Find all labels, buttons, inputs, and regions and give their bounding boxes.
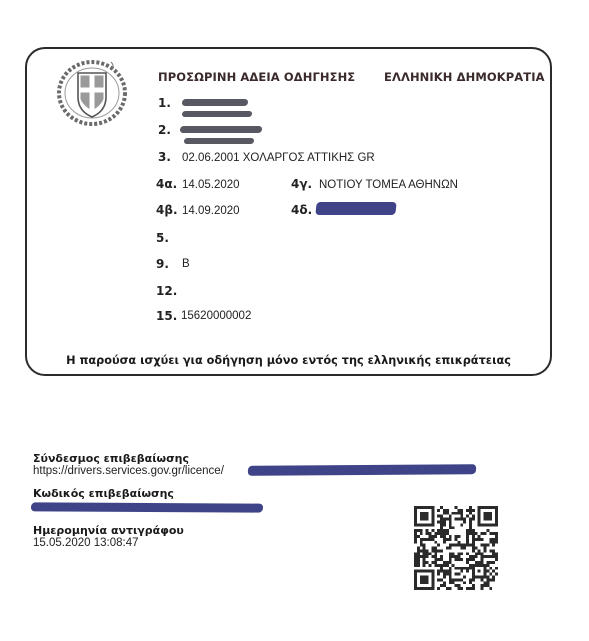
field-2-label: 2.: [158, 123, 171, 137]
field-3-value: 02.06.2001 ΧΟΛΑΡΓΟΣ ΑΤΤΙΚΗΣ GR: [182, 152, 375, 164]
verification-link-title: Σύνδεσμος επιβεβαίωσης: [33, 452, 189, 465]
field-2-redaction-2: [184, 138, 255, 144]
validity-note: Η παρούσα ισχύει για οδήγηση μόνο εντός …: [25, 354, 552, 367]
field-4a-label: 4α.: [156, 177, 177, 191]
field-4c-label: 4γ.: [291, 177, 312, 191]
greek-coat-of-arms-icon: [56, 59, 128, 127]
qr-code-icon[interactable]: [414, 506, 498, 590]
issuer-title: ΕΛΛΗΝΙΚΗ ΔΗΜΟΚΡΑΤΙΑ: [384, 70, 545, 84]
field-2-redaction: [180, 126, 263, 133]
copy-date-value: 15.05.2020 13:08:47: [33, 537, 139, 549]
field-15-label: 15.: [156, 309, 177, 323]
field-4c-value: ΝΟΤΙΟΥ ΤΟΜΕΑ ΑΘΗΝΩΝ: [319, 179, 458, 191]
verification-code-title: Κωδικός επιβεβαίωσης: [33, 487, 174, 500]
field-4b-label: 4β.: [156, 203, 178, 217]
field-1-redaction-2: [182, 111, 253, 117]
field-4d-label: 4δ.: [291, 203, 312, 217]
field-4b-value: 14.09.2020: [182, 205, 240, 217]
verification-link-value[interactable]: https://drivers.services.gov.gr/licence/: [33, 465, 224, 477]
field-3-label: 3.: [158, 150, 171, 164]
field-9-label: 9.: [156, 257, 169, 271]
field-9-value: B: [182, 258, 190, 270]
field-12-label: 12.: [156, 284, 177, 298]
field-4a-value: 14.05.2020: [182, 179, 240, 191]
document-title: ΠΡΟΣΩΡΙΝΗ ΑΔΕΙΑ ΟΔΗΓΗΣΗΣ: [158, 70, 355, 84]
field-1-redaction: [182, 99, 249, 106]
field-4d-redaction: [315, 202, 396, 215]
copy-date-title: Ημερομηνία αντιγράφου: [33, 524, 184, 537]
field-15-value: 15620000002: [181, 310, 251, 322]
field-5-label: 5.: [156, 231, 169, 245]
field-1-label: 1.: [158, 96, 171, 110]
verification-code-redaction: [31, 502, 264, 512]
verification-link-redaction: [248, 464, 477, 476]
